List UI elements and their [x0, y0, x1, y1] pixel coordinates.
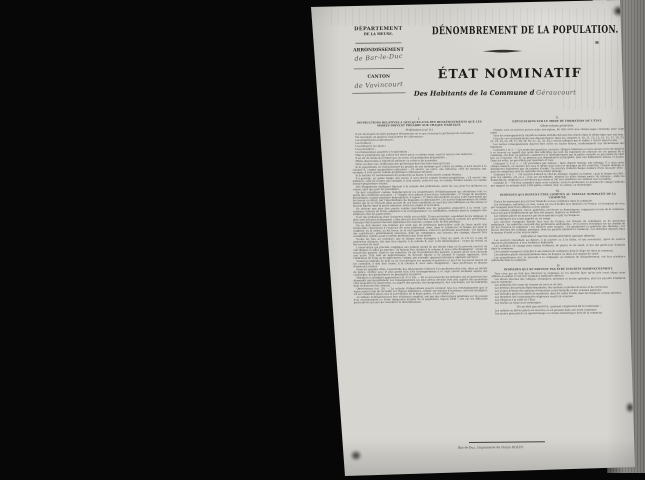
section-iii: III. INDIVIDUS QUI DOIVENT ÊTRE COMPTÉS … — [491, 189, 626, 262]
commune-line-label: Des Habitants de la Commune d — [414, 88, 535, 97]
department-value: DE LA MEUSE. — [345, 32, 411, 37]
ink-stain — [348, 448, 364, 463]
paragraph-list: Les ouvriers travaillant au dehors, à la… — [491, 238, 625, 262]
section-heading: INSTRUCTIONS RELATIVES A QUELQUES-UNS DE… — [356, 120, 482, 127]
ink-speck — [595, 41, 599, 44]
section-iv: IV. INDIVIDUS QUI NE DOIVENT PAS ÊTRE IN… — [491, 264, 625, 315]
arrondissement-handwritten-value: de Bar-le-Duc — [345, 52, 411, 63]
paragraph: Les ouvriers voyageurs faisant leur tour… — [491, 220, 625, 235]
swelled-rule-divider — [483, 49, 523, 52]
rule — [355, 43, 401, 44]
administrative-block: DÉPARTEMENT DE LA MEUSE. ARRONDISSEMENT … — [345, 0, 412, 101]
paragraph: On ne doit donner aux femmes qui n'ont p… — [353, 223, 487, 238]
canton-label: CANTON — [346, 73, 412, 79]
commune-line: Des Habitants de la Commune d Géraucourt — [414, 87, 634, 103]
paragraph-list: Chaque case ne portera qu'une seule insc… — [490, 128, 625, 187]
department-label: DÉPARTEMENT — [345, 25, 411, 32]
printer-imprint: Bar-le-Duc, Imprimerie de Numa ROLIN. — [421, 445, 561, 454]
paragraph: Colonnes 1 et 2. — Les noms des quartier… — [490, 148, 624, 163]
canton-handwritten-value: de Vavincourt — [346, 80, 412, 90]
paragraph: Le tableau nominatif pourra être utileme… — [354, 295, 488, 304]
paragraph: L'observation qui précède s'applique aux… — [353, 245, 487, 260]
document-subtitle: ÉTAT NOMINATIF — [408, 65, 612, 82]
paragraph-list: Toutes les personnes qui ont leur domici… — [491, 199, 625, 234]
paragraph: Colonne 8. — On fera connaître dans cett… — [491, 181, 625, 188]
scanned-census-page: DÉPARTEMENT DE LA MEUSE. ARRONDISSEMENT … — [311, 0, 635, 476]
rule — [354, 68, 404, 69]
page-content: DÉPARTEMENT DE LA MEUSE. ARRONDISSEMENT … — [309, 0, 637, 477]
paragraph-list: Il est nécessaire de faire quelques décl… — [352, 132, 487, 304]
rule — [352, 92, 405, 93]
paragraph: On doit considérer comme manufacturiers … — [353, 190, 487, 207]
section-heading: INDIVIDUS QUI DOIVENT ÊTRE COMPTÉS AU TA… — [495, 193, 621, 200]
column-explications: II. EXPLICATIONS SUR LE MODE DE FORMATIO… — [490, 116, 627, 447]
paragraph: Les jeunes gens placés en apprentissage … — [492, 311, 626, 315]
document-title: DÉNOMBREMENT DE LA POPULATION. — 1851. — [432, 24, 583, 37]
printer-imprint-text: Bar-le-Duc, Imprimerie de Numa ROLIN. — [421, 445, 561, 450]
column-instructions: I. INSTRUCTIONS RELATIVES A QUELQUES-UNS… — [352, 117, 489, 445]
paragraph-list: Tous ceux qui ne font que traverser la c… — [491, 271, 625, 304]
paragraph-list: Les enfants ou élèves placés en nourrice… — [492, 308, 626, 315]
paragraph: Les propriétaires qui, se trouvant à la … — [491, 255, 625, 262]
commune-handwritten-value: Géraucourt — [536, 89, 576, 97]
